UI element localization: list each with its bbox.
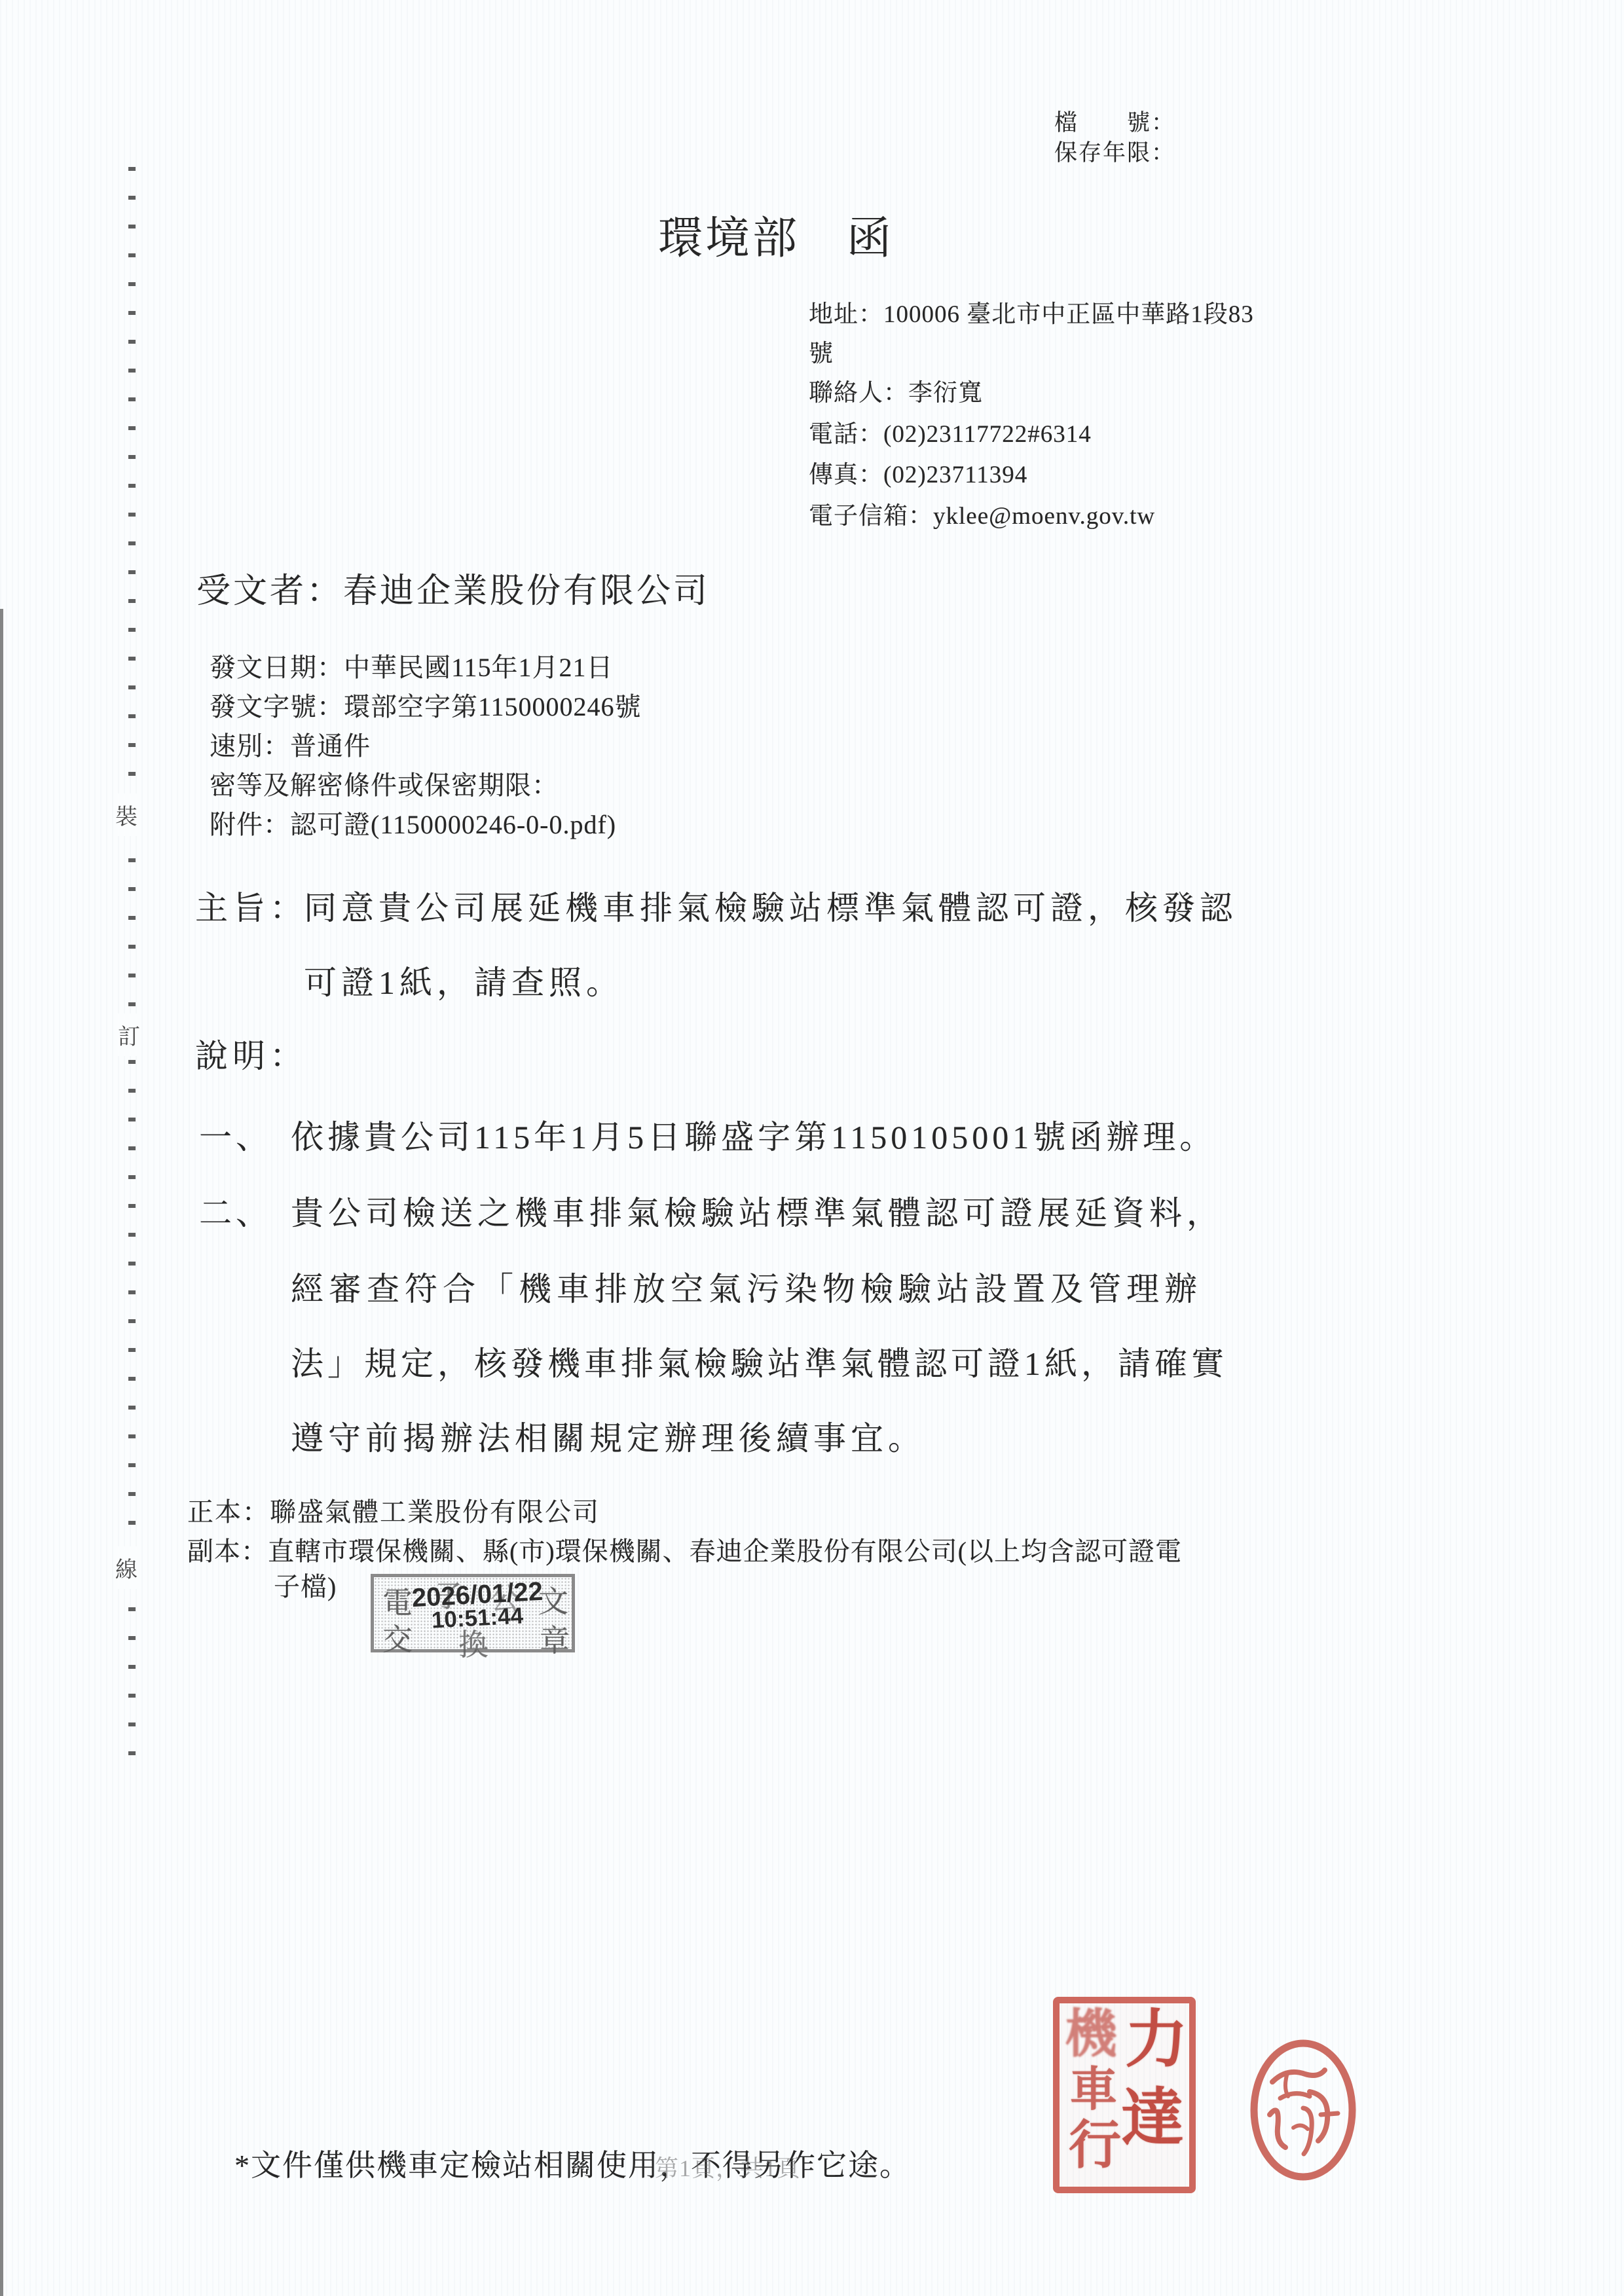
subject-label: 主旨： bbox=[195, 892, 307, 924]
retention-period-label: 保存年限： bbox=[1054, 141, 1175, 164]
sender-fax: 傳真：(02)23711394 bbox=[809, 463, 1027, 487]
recipient-line: 受文者：春迪企業股份有限公司 bbox=[196, 575, 710, 609]
footer-page-number-overlay: 第1頁，共1頁 bbox=[655, 2157, 801, 2180]
company-seal-char-da: 達 bbox=[1121, 2087, 1184, 2150]
cc-copy-line2: 子檔) bbox=[274, 1574, 337, 1600]
item2-line4: 遵守前揭辦法相關規定辦理後續事宜。 bbox=[291, 1422, 925, 1455]
item1-number: 一、 bbox=[199, 1121, 272, 1154]
personal-oval-seal bbox=[1247, 2036, 1359, 2187]
binding-mark-ding: 訂 bbox=[118, 1013, 140, 1056]
subject-line2: 可證1紙，請查照。 bbox=[304, 966, 623, 999]
original-copy-line: 正本：聯盛氣體工業股份有限公司 bbox=[187, 1499, 600, 1525]
company-seal-char-hang: 行 bbox=[1069, 2120, 1121, 2172]
subject-line1: 同意貴公司展延機車排氣檢驗站標準氣體認可證，核發認 bbox=[304, 892, 1237, 924]
binding-mark-xian: 線 bbox=[115, 1546, 138, 1589]
sender-address-line2: 號 bbox=[809, 342, 833, 366]
binding-dashed-line bbox=[128, 167, 136, 1768]
speed-class-line: 速別：普通件 bbox=[210, 733, 371, 759]
scan-edge-artifact bbox=[0, 609, 3, 2296]
document-title: 環境部 函 bbox=[658, 216, 894, 261]
cc-copy-line1: 副本：直轄市環保機關、縣(市)環保機關、春迪企業股份有限公司(以上均含認可證電 bbox=[187, 1539, 1182, 1565]
file-number-label: 檔 號： bbox=[1054, 111, 1175, 134]
issue-date-line: 發文日期：中華民國115年1月21日 bbox=[210, 655, 614, 681]
explanation-label: 說明： bbox=[195, 1040, 307, 1072]
attachment-line: 附件：認可證(1150000246-0-0.pdf) bbox=[210, 812, 616, 838]
doc-number-line: 發文字號：環部空字第1150000246號 bbox=[210, 694, 642, 720]
sender-email: 電子信箱：yklee@moenv.gov.tw bbox=[809, 504, 1155, 528]
sender-phone: 電話：(02)23117722#6314 bbox=[809, 422, 1092, 446]
sender-address-line1: 地址：100006 臺北市中正區中華路1段83 bbox=[809, 302, 1254, 327]
company-seal-char-li: 力 bbox=[1125, 2009, 1188, 2071]
item2-line1: 貴公司檢送之機車排氣檢驗站標準氣體認可證展延資料， bbox=[291, 1197, 1224, 1230]
binding-mark-zhuang: 裝 bbox=[115, 793, 138, 836]
item2-line3: 法」規定，核發機車排氣檢驗站準氣體認可證1紙，請確實 bbox=[291, 1347, 1228, 1380]
company-seal-char-ji: 機 bbox=[1065, 2009, 1117, 2061]
item1-text: 依據貴公司115年1月5日聯盛字第1150105001號函辦理。 bbox=[291, 1121, 1216, 1154]
item2-line2: 經審查符合「機車排放空氣污染物檢驗站設置及管理辦 bbox=[291, 1273, 1202, 1305]
item2-number: 二、 bbox=[199, 1197, 272, 1230]
security-class-line: 密等及解密條件或保密期限： bbox=[210, 773, 559, 799]
company-seal-char-che: 車 bbox=[1070, 2066, 1117, 2113]
scanned-official-letter: 裝 訂 線 檔 號： 保存年限： 環境部 函 地址：100006 臺北市中正區中… bbox=[0, 0, 1624, 2296]
sender-contact: 聯絡人：李衍寬 bbox=[809, 381, 983, 405]
footer-usage-note: *文件僅供機車定檢站相關使用，不得另作它途。 bbox=[234, 2151, 911, 2181]
